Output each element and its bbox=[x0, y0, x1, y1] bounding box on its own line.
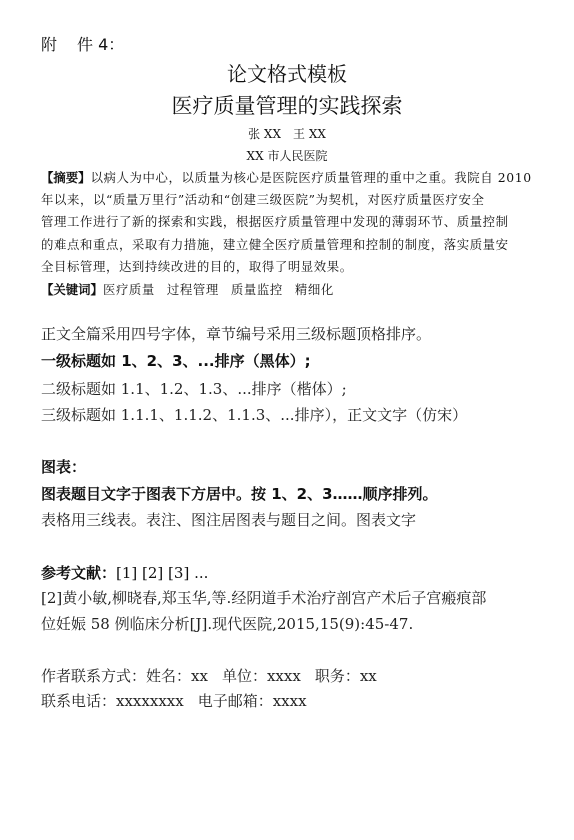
name-label: 姓名： bbox=[146, 667, 191, 685]
contact-label: 作者联系方式： bbox=[41, 667, 146, 685]
author-1: 张 XX bbox=[248, 127, 281, 141]
keywords: 【关键词】医疗质量过程管理质量监控精细化 bbox=[41, 280, 334, 298]
unit-label: 单位： bbox=[222, 667, 267, 685]
abstract-line-4: 的难点和重点，采取有力措施，建立健全医疗质量管理和控制的制度，落实质量安 bbox=[41, 235, 509, 253]
attachment-label: 附件 4： bbox=[41, 32, 124, 55]
abstract-line-2: 年以来，以“质量万里行”活动和“创建三级医院”为契机，对医疗质量医疗安全 bbox=[41, 190, 484, 208]
format-level1: 一级标题如 1、2、3、...排序（黑体）; bbox=[41, 350, 311, 371]
title-value: xx bbox=[360, 667, 377, 685]
keyword: 过程管理 bbox=[167, 282, 219, 297]
abstract-line-5: 全目标管理，达到持续改进的目的，取得了明显效果。 bbox=[41, 257, 353, 275]
format-level2: 二级标题如 1.1、1.2、1.3、...排序（楷体）; bbox=[41, 378, 347, 399]
name-value: xx bbox=[191, 667, 208, 685]
references-heading: 参考文献： bbox=[41, 564, 116, 582]
affiliation: XX 市人民医院 bbox=[0, 147, 574, 164]
references-markers: [1] [2] [3] ... bbox=[116, 564, 208, 582]
author-2: 王 XX bbox=[293, 127, 326, 141]
keyword: 质量监控 bbox=[231, 282, 283, 297]
format-intro: 正文全篇采用四号字体，章节编号采用三级标题顶格排序。 bbox=[41, 323, 431, 344]
keyword: 医疗质量 bbox=[103, 282, 155, 297]
attachment-label-part2: 件 4： bbox=[77, 35, 124, 54]
contact-line-1: 作者联系方式：姓名：xx单位：xxxx职务：xx bbox=[41, 665, 377, 686]
phone-value: xxxxxxxx bbox=[116, 692, 184, 710]
phone-label: 联系电话： bbox=[41, 692, 116, 710]
reference-example-line-2: 位妊娠 58 例临床分析[J].现代医院,2015,15(9):45-47. bbox=[41, 613, 413, 634]
email-value: xxxx bbox=[273, 692, 307, 710]
keyword: 精细化 bbox=[295, 282, 334, 297]
format-level3: 三级标题如 1.1.1、1.1.2、1.1.3、...排序），正文文字（仿宋） bbox=[41, 404, 467, 425]
abstract-line-3: 管理工作进行了新的探索和实践，根据医疗质量管理中发现的薄弱环节、质量控制 bbox=[41, 212, 509, 230]
abstract-text: 以病人为中心，以质量为核心是医院医疗质量管理的重中之重。我院自 2010 bbox=[91, 170, 532, 185]
authors: 张 XX王 XX bbox=[0, 125, 574, 142]
abstract-line-1: 【摘要】以病人为中心，以质量为核心是医院医疗质量管理的重中之重。我院自 2010 bbox=[41, 168, 532, 186]
contact-line-2: 联系电话：xxxxxxxx电子邮箱：xxxx bbox=[41, 690, 307, 711]
references-heading-line: 参考文献：[1] [2] [3] ... bbox=[41, 562, 208, 583]
figures-rule-normal: 表格用三线表。表注、图注居图表与题目之间。图表文字 bbox=[41, 509, 416, 530]
title-label: 职务： bbox=[315, 667, 360, 685]
reference-example-line-1: [2]黄小敏,柳晓春,郑玉华,等.经阴道手术治疗剖宫产术后子宫瘢痕部 bbox=[41, 587, 486, 608]
figures-heading: 图表： bbox=[41, 456, 86, 477]
email-label: 电子邮箱： bbox=[198, 692, 273, 710]
figures-rule-bold: 图表题目文字于图表下方居中。按 1、2、3……顺序排列。 bbox=[41, 483, 438, 504]
abstract-label: 【摘要】 bbox=[41, 170, 91, 185]
unit-value: xxxx bbox=[267, 667, 301, 685]
attachment-label-part1: 附 bbox=[41, 35, 57, 54]
paper-title: 医疗质量管理的实践探索 bbox=[0, 90, 574, 120]
template-title: 论文格式模板 bbox=[0, 58, 574, 87]
keywords-label: 【关键词】 bbox=[41, 282, 103, 297]
